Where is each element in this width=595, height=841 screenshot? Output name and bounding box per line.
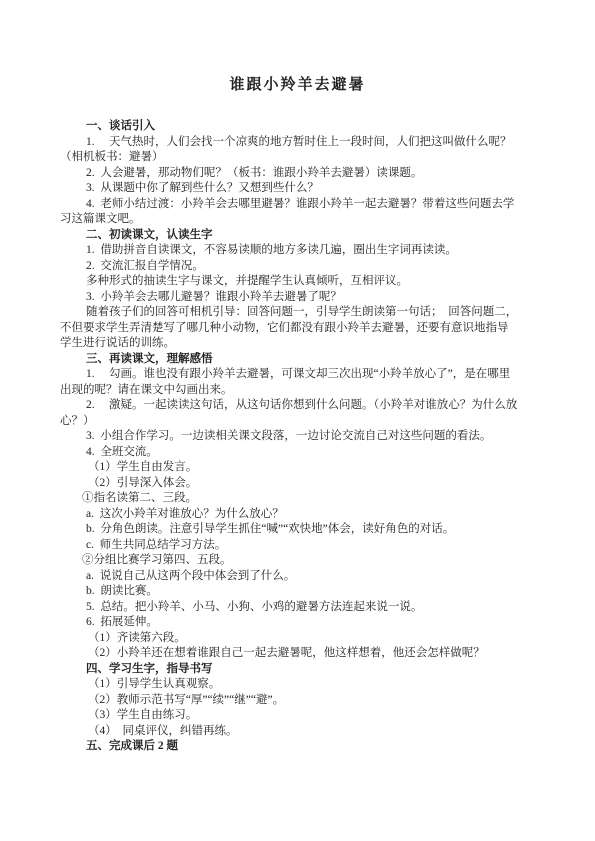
section-heading: 五、完成课后 2 题 xyxy=(60,739,535,755)
section-heading: 三、再读课文，理解感悟 xyxy=(60,352,535,368)
section-heading: 四、学习生字，指导书写 xyxy=(60,662,535,678)
text-line: ①指名读第二、三段。 xyxy=(60,491,535,507)
document-page: 谁跟小羚羊去避暑 一、谈话引入1. 天气热时，人们会找一个凉爽的地方暂时住上一段… xyxy=(0,0,595,841)
text-line: b. 分角色朗读。注意引导学生抓住“喊”“欢快地”体会，读好角色的对话。 xyxy=(60,522,535,538)
text-line: 4. 老师小结过渡：小羚羊会去哪里避暑？谁跟小羚羊一起去避暑？带着这些问题去学 xyxy=(60,197,535,213)
text-line: 2. 交流汇报自学情况。 xyxy=(60,259,535,275)
text-line: （2）引导深入体会。 xyxy=(60,476,535,492)
text-line: 1. 天气热时，人们会找一个凉爽的地方暂时住上一段时间，人们把这叫做什么呢？ xyxy=(60,135,535,151)
text-line: （4） 同桌评仪，纠错再练。 xyxy=(60,724,535,740)
text-line: 学生进行说话的训练。 xyxy=(60,336,535,352)
text-line: 1. 借助拼音自读课文，不容易读顺的地方多读几遍，圈出生字词再读读。 xyxy=(60,243,535,259)
text-line: 5. 总结。把小羚羊、小马、小狗、小鸡的避暑方法连起来说一说。 xyxy=(60,600,535,616)
text-line: （2）教师示范书写“厚”“续”“继”“避”。 xyxy=(60,693,535,709)
text-line: （3）学生自由练习。 xyxy=(60,708,535,724)
text-line: （1）齐读第六段。 xyxy=(60,631,535,647)
text-line: a. 说说自己从这两个段中体会到了什么。 xyxy=(60,569,535,585)
text-line: 6. 拓展延伸。 xyxy=(60,615,535,631)
text-line: b. 朗读比赛。 xyxy=(60,584,535,600)
text-line: 习这篇课文吧。 xyxy=(60,212,535,228)
text-line: 多种形式的抽读生字与课文，并提醒学生认真倾听，互相评议。 xyxy=(60,274,535,290)
text-line: （相机板书：避暑） xyxy=(60,150,535,166)
document-title: 谁跟小羚羊去避暑 xyxy=(0,0,595,95)
section-heading: 一、谈话引入 xyxy=(60,119,535,135)
text-line: ②分组比赛学习第四、五段。 xyxy=(60,553,535,569)
text-line: 随着孩子们的回答可相机引导：回答问题一，引导学生朗读第一句话； 回答问题二， xyxy=(60,305,535,321)
section-heading: 二、初读课文，认读生字 xyxy=(60,228,535,244)
text-line: 3. 小羚羊会去哪儿避暑？谁跟小羚羊去避暑了呢？ xyxy=(60,290,535,306)
text-line: a. 这次小羚羊对谁放心？为什么放心？ xyxy=(60,507,535,523)
text-line: （1）引导学生认真观察。 xyxy=(60,677,535,693)
text-line: 不但要求学生弄清楚写了哪几种小动物，它们都没有跟小羚羊去避暑，还要有意识地指导 xyxy=(60,321,535,337)
text-line: （1）学生自由发言。 xyxy=(60,460,535,476)
text-line: 3. 从课题中你了解到些什么？又想到些什么？ xyxy=(60,181,535,197)
document-body: 一、谈话引入1. 天气热时，人们会找一个凉爽的地方暂时住上一段时间，人们把这叫做… xyxy=(0,119,595,755)
text-line: 2. 人会避暑，那动物们呢？（板书：谁跟小羚羊去避暑）读课题。 xyxy=(60,166,535,182)
text-line: 心？） xyxy=(60,414,535,430)
text-line: （2）小羚羊还在想着谁跟自己一起去避暑呢，他这样想着，他还会怎样做呢？ xyxy=(60,646,535,662)
text-line: 3. 小组合作学习。一边读相关课文段落，一边讨论交流自己对这些问题的看法。 xyxy=(60,429,535,445)
text-line: c. 师生共同总结学习方法。 xyxy=(60,538,535,554)
text-line: 1. 勾画。谁也没有跟小羚羊去避暑，可课文却三次出现“小羚羊放心了”，是在哪里 xyxy=(60,367,535,383)
text-line: 4. 全班交流。 xyxy=(60,445,535,461)
text-line: 2. 激疑。一起读读这句话，从这句话你想到什么问题。（小羚羊对谁放心？为什么放 xyxy=(60,398,535,414)
text-line: 出现的呢？请在课文中勾画出来。 xyxy=(60,383,535,399)
